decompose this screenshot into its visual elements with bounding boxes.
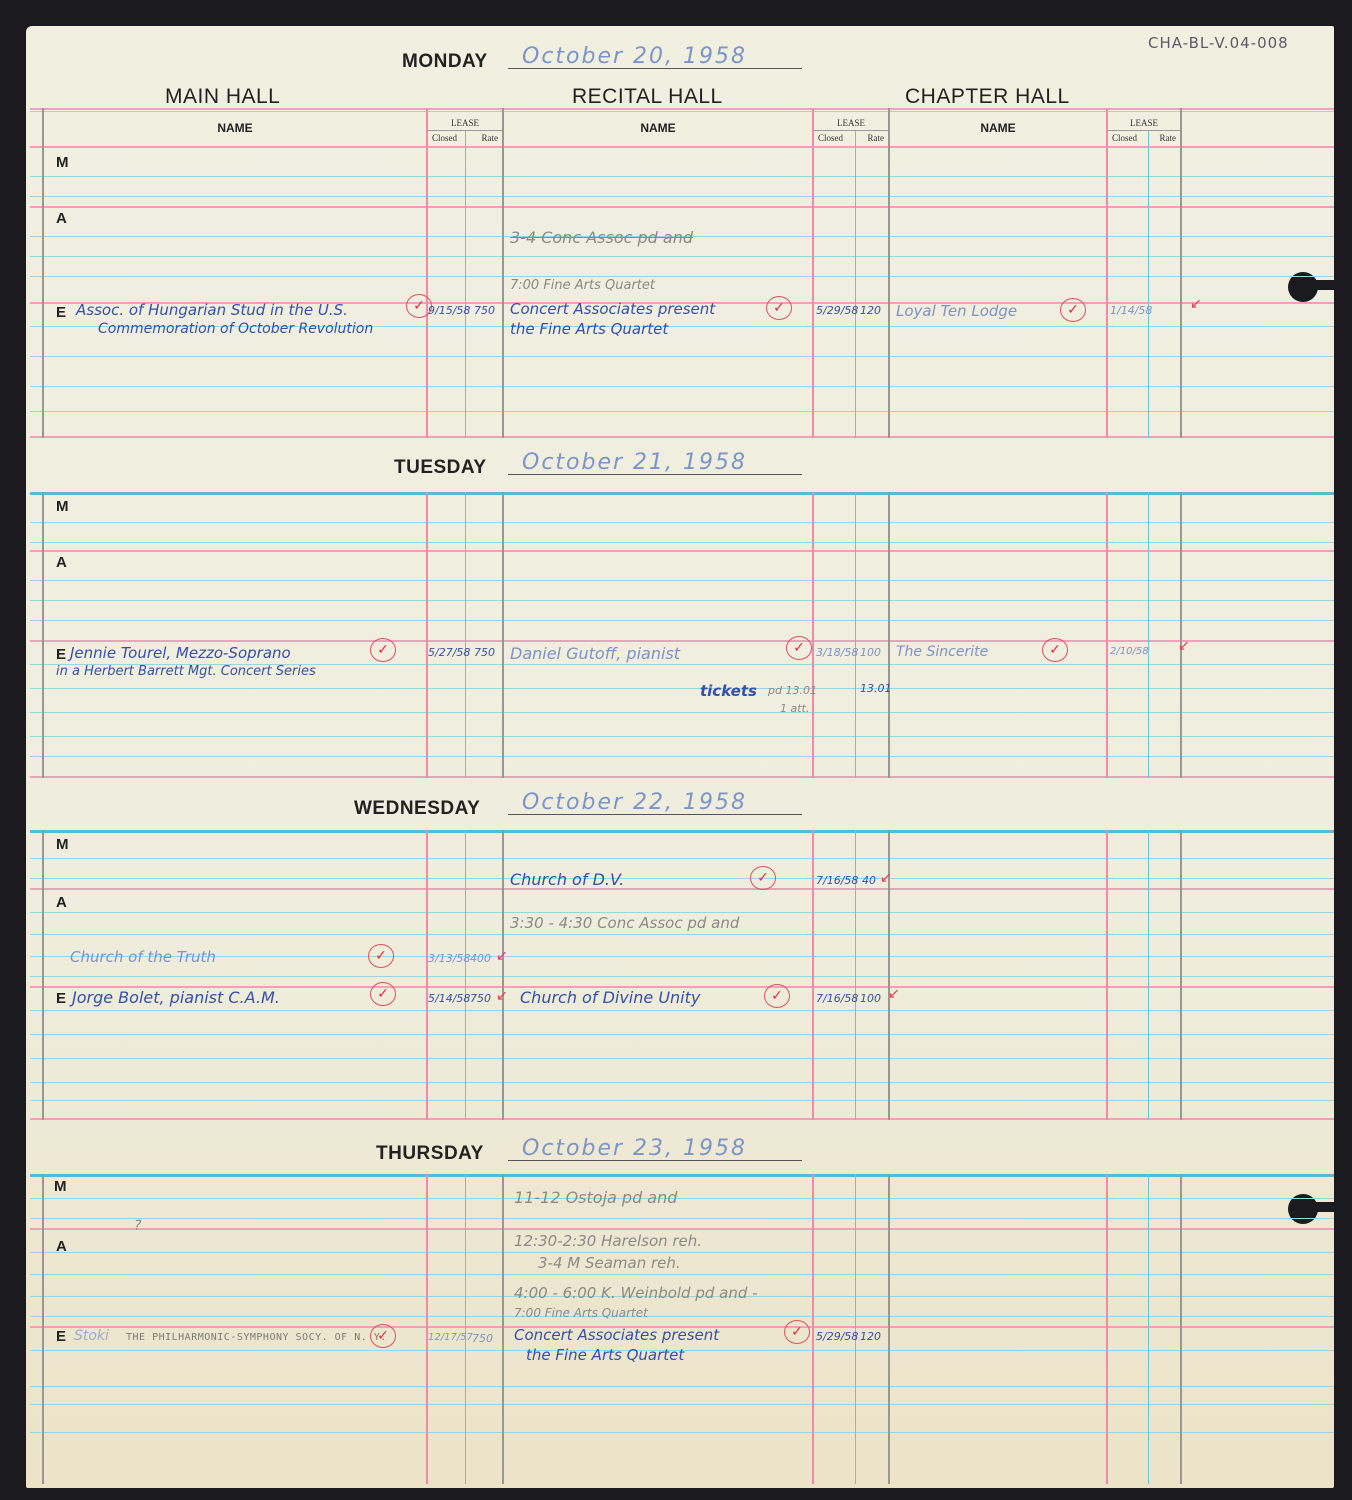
approved-check-icon: ✓ <box>1060 298 1086 322</box>
main-evening-closed: 5/27/58 <box>428 646 470 659</box>
main-evening-stamp: THE PHILHARMONIC-SYMPHONY SOCY. OF N. Y. <box>126 1332 387 1343</box>
row-label-evening: E <box>56 646 66 663</box>
recital-evening-pencil-note: 7:00 Fine Arts Quartet <box>510 278 655 293</box>
main-question-mark: ? <box>134 1218 141 1234</box>
approved-check-icon: ✓ <box>766 296 792 320</box>
chapter-evening-entry: The Sincerite <box>896 644 988 660</box>
main-evening-closed: 12/17/57 <box>428 1332 473 1343</box>
arrow-mark-icon: ↙ <box>1178 638 1190 654</box>
main-afternoon-rate: 400 <box>470 952 491 965</box>
row-label-morning: M <box>56 836 69 853</box>
hall-heading-recital: RECITAL HALL <box>572 85 723 109</box>
recital-evening-rate: 120 <box>860 1330 881 1343</box>
recital-tickets-label: tickets <box>700 682 757 700</box>
row-label-afternoon: A <box>56 554 67 571</box>
chapter-name-header: NAME <box>890 121 1106 135</box>
recital-pencil-note-4: 4:00 - 6:00 K. Weinbold pd and - <box>514 1284 758 1302</box>
recital-afternoon-note: 3:30 - 4:30 Conc Assoc pd and <box>510 914 739 932</box>
recital-evening-closed: 5/29/58 <box>816 304 858 317</box>
main-evening-entry-line1: Assoc. of Hungarian Stud in the U.S. <box>76 301 348 319</box>
recital-tickets-note: pd 13.01 <box>768 684 817 697</box>
row-label-afternoon: A <box>56 1238 67 1255</box>
chapter-evening-closed: 1/14/58 <box>1110 304 1152 317</box>
chapter-lease-header: LEASE ClosedRate <box>1108 118 1180 143</box>
recital-afternoon-struck-entry: 3-4 Conc Assoc pd and <box>510 228 693 247</box>
recital-evening-rate: 100 <box>860 992 881 1005</box>
main-evening-rate: 750 <box>472 1332 493 1345</box>
section-thursday: M A E ? 11-12 Ostoja pd and 12:30-2:30 H… <box>30 1174 1334 1484</box>
catalog-id: CHA-BL-V.04-008 <box>1148 34 1289 52</box>
approved-check-icon: ✓ <box>370 638 396 662</box>
main-evening-signature: Stoki <box>74 1328 109 1344</box>
arrow-mark-icon: ↙ <box>496 988 508 1004</box>
row-label-evening: E <box>56 304 66 321</box>
hall-heading-main: MAIN HALL <box>165 85 280 109</box>
recital-pencil-note-2: 12:30-2:30 Harelson reh. <box>514 1232 702 1250</box>
main-evening-closed: 9/15/58 <box>428 304 470 317</box>
main-evening-rate: 750 <box>470 992 491 1005</box>
row-label-morning: M <box>56 498 69 515</box>
recital-morning-closed: 7/16/58 <box>816 874 858 887</box>
approved-check-icon: ✓ <box>784 1320 810 1344</box>
recital-evening-rate: 120 <box>860 304 881 317</box>
arrow-mark-icon: ↙ <box>1190 296 1202 312</box>
approved-check-icon: ✓ <box>764 984 790 1008</box>
main-lease-header: LEASE ClosedRate <box>428 118 502 143</box>
row-label-morning: M <box>54 1178 67 1195</box>
date-tuesday: October 21, 1958 <box>508 450 802 475</box>
main-evening-entry-line2: Commemoration of October Revolution <box>98 321 373 337</box>
recital-evening-closed: 7/16/58 <box>816 992 858 1005</box>
recital-pencil-note-5: 7:00 Fine Arts Quartet <box>514 1306 648 1320</box>
approved-check-icon: ✓ <box>368 944 394 968</box>
section-tuesday: M A E Jennie Tourel, Mezzo-Soprano in a … <box>30 492 1334 778</box>
hall-heading-chapter: CHAPTER HALL <box>905 85 1070 109</box>
recital-lease-header: LEASE ClosedRate <box>814 118 888 143</box>
day-title-thursday: THURSDAY <box>376 1143 484 1165</box>
day-title-monday: MONDAY <box>402 51 488 73</box>
approved-check-icon: ✓ <box>370 982 396 1006</box>
recital-morning-entry: Church of D.V. <box>510 870 624 889</box>
date-monday: October 20, 1958 <box>508 44 802 69</box>
recital-pencil-note-3: 3-4 M Seaman reh. <box>538 1254 681 1272</box>
approved-check-icon: ✓ <box>1042 638 1068 662</box>
day-title-tuesday: TUESDAY <box>394 457 487 479</box>
row-label-evening: E <box>56 1328 66 1345</box>
arrow-mark-icon: ↙ <box>496 948 508 964</box>
recital-tickets-attendance: 1 att. <box>780 702 809 715</box>
recital-evening-entry-line1: Concert Associates present <box>510 300 715 318</box>
row-label-morning: M <box>56 154 69 171</box>
main-afternoon-closed: 3/13/58 <box>428 952 470 965</box>
date-thursday: October 23, 1958 <box>508 1136 802 1161</box>
main-evening-rate: 750 <box>474 646 495 659</box>
day-title-wednesday: WEDNESDAY <box>354 798 480 820</box>
main-evening-rate: 750 <box>474 304 495 317</box>
recital-evening-entry: Church of Divine Unity <box>520 988 700 1007</box>
recital-evening-closed: 3/18/58 <box>816 646 858 659</box>
main-evening-entry-line2: in a Herbert Barrett Mgt. Concert Series <box>56 664 316 679</box>
recital-evening-entry-line2: the Fine Arts Quartet <box>526 1346 684 1364</box>
recital-tickets-rate: 13.01 <box>860 682 892 695</box>
main-evening-entry: Jorge Bolet, pianist C.A.M. <box>72 988 280 1007</box>
approved-check-icon: ✓ <box>786 636 812 660</box>
chapter-evening-entry: Loyal Ten Lodge <box>896 302 1017 320</box>
row-label-afternoon: A <box>56 210 67 227</box>
main-evening-closed: 5/14/58 <box>428 992 470 1005</box>
recital-evening-closed: 5/29/58 <box>816 1330 858 1343</box>
recital-pencil-note-1: 11-12 Ostoja pd and <box>514 1188 677 1207</box>
main-name-header: NAME <box>44 121 426 135</box>
recital-evening-entry-line1: Concert Associates present <box>514 1326 719 1344</box>
arrow-mark-icon: ↙ <box>880 870 892 886</box>
date-wednesday: October 22, 1958 <box>508 790 802 815</box>
row-label-afternoon: A <box>56 894 67 911</box>
chapter-evening-closed: 2/10/58 <box>1110 646 1149 657</box>
recital-evening-rate: 100 <box>860 646 881 659</box>
approved-check-icon: ✓ <box>750 866 776 890</box>
section-monday: NAME LEASE ClosedRate NAME LEASE ClosedR… <box>30 108 1334 438</box>
recital-name-header: NAME <box>504 121 812 135</box>
main-evening-entry-line1: Jennie Tourel, Mezzo-Soprano <box>70 644 291 662</box>
approved-check-icon: ✓ <box>370 1324 396 1348</box>
arrow-mark-icon: ↙ <box>888 986 900 1002</box>
main-afternoon-entry: Church of the Truth <box>70 948 216 966</box>
recital-morning-rate: 40 <box>862 874 876 887</box>
recital-evening-entry: Daniel Gutoff, pianist <box>510 644 680 663</box>
section-wednesday: M A E Church of D.V. ✓ 7/16/58 40 ↙ 3:30… <box>30 830 1334 1120</box>
recital-evening-entry-line2: the Fine Arts Quartet <box>510 320 668 338</box>
row-label-evening: E <box>56 990 66 1007</box>
